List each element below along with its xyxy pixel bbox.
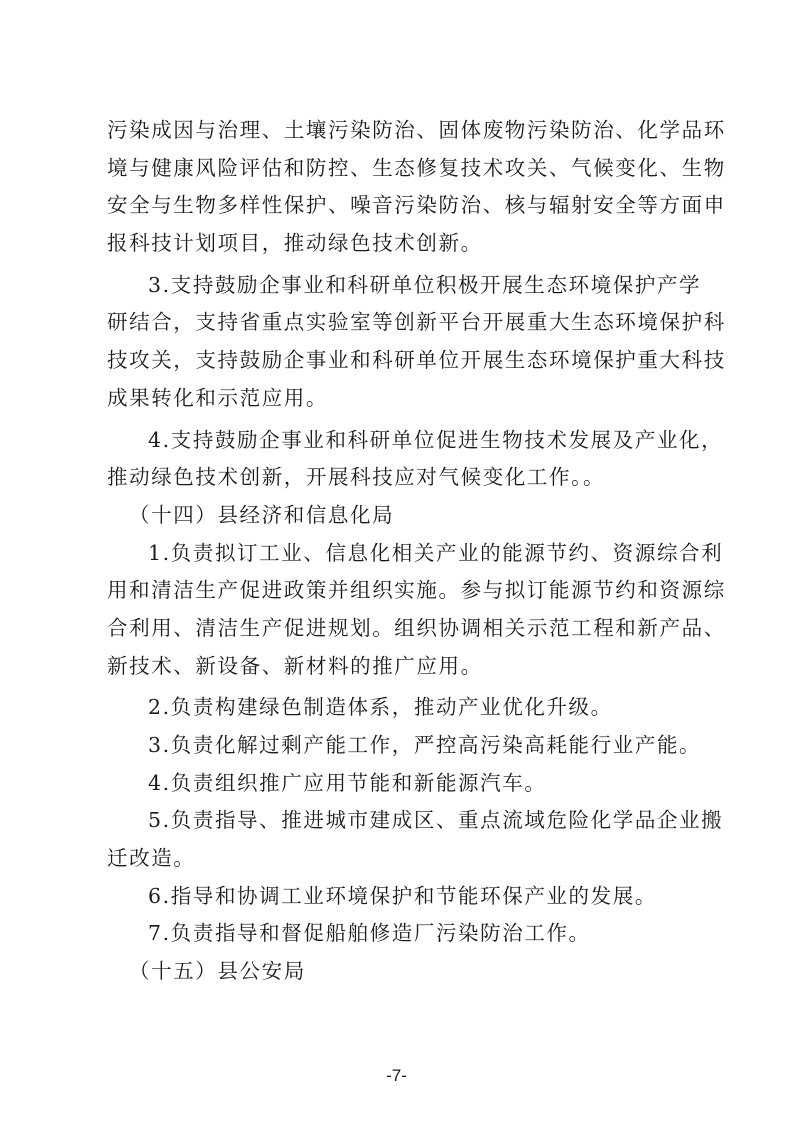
text-line: 境与健康风险评估和防控、生态修复技术攻关、气候变化、生物 [107, 150, 697, 188]
text-line: 成果转化和示范应用。 [107, 380, 697, 418]
text-line: 研结合，支持省重点实验室等创新平台开展重大生态环境保护科 [107, 304, 697, 342]
list-item-4: 4.支持鼓励企事业和科研单位促进生物技术发展及产业化， [107, 422, 697, 460]
text-line: 安全与生物多样性保护、噪音污染防治、核与辐射安全等方面申 [107, 187, 697, 225]
text-line: 迁改造。 [107, 840, 697, 878]
list-item-3: 3.支持鼓励企事业和科研单位积极开展生态环境保护产学 [107, 267, 697, 305]
page-number: -7- [0, 1066, 793, 1086]
list-item-4: 4.负责组织推广应用节能和新能源汽车。 [107, 765, 697, 803]
list-item-6: 6.指导和协调工业环境保护和节能环保产业的发展。 [107, 878, 697, 916]
section-heading-14: （十四）县经济和信息化局 [107, 497, 697, 535]
text-line: 技攻关，支持鼓励企事业和科研单位开展生态环境保护重大科技 [107, 342, 697, 380]
list-item-3: 3.负责化解过剩产能工作，严控高污染高耗能行业产能。 [107, 727, 697, 765]
text-line: 污染成因与治理、土壤污染防治、固体废物污染防治、化学品环 [107, 112, 697, 150]
text-line: 报科技计划项目，推动绿色技术创新。 [107, 225, 697, 263]
list-item-2: 2.负责构建绿色制造体系，推动产业优化升级。 [107, 689, 697, 727]
text-line: 新技术、新设备、新材料的推广应用。 [107, 648, 697, 686]
list-item-5: 5.负责指导、推进城市建成区、重点流域危险化学品企业搬 [107, 802, 697, 840]
text-line: 用和清洁生产促进政策并组织实施。参与拟订能源节约和资源综 [107, 572, 697, 610]
list-item-7: 7.负责指导和督促船舶修造厂污染防治工作。 [107, 915, 697, 953]
list-item-1: 1.负责拟订工业、信息化相关产业的能源节约、资源综合利 [107, 535, 697, 573]
text-line: 合利用、清洁生产促进规划。组织协调相关示范工程和新产品、 [107, 610, 697, 648]
section-heading-15: （十五）县公安局 [107, 953, 697, 991]
text-line: 推动绿色技术创新，开展科技应对气候变化工作。。 [107, 459, 697, 497]
document-body: 污染成因与治理、土壤污染防治、固体废物污染防治、化学品环 境与健康风险评估和防控… [107, 112, 697, 991]
